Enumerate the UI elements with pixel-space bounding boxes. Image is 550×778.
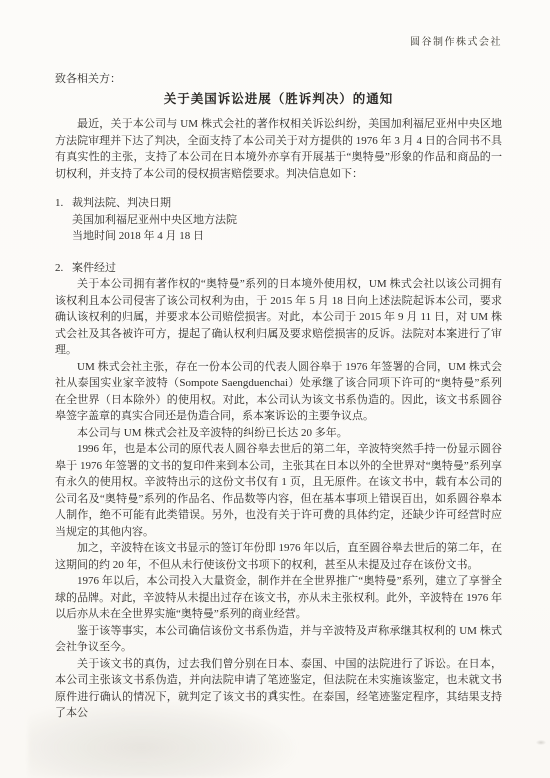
intro-paragraph: 最近，关于本公司与 UM 株式会社的著作权相关诉讼纠纷，美国加利福尼亚州中央区地… (55, 116, 502, 182)
company-name: 圆谷制作株式会社 (55, 0, 502, 49)
case-paragraph: 1976 年以后，本公司投入大量资金，制作并在全世界推广“奥特曼”系列，建立了享… (55, 573, 502, 623)
document-page: 圆谷制作株式会社 致各相关方： 关于美国诉讼进展（胜诉判决）的通知 最近，关于本… (0, 0, 550, 778)
case-paragraph: 关于本公司拥有著作权的“奥特曼”系列的日本境外使用权，UM 株式会社以该公司拥有… (55, 276, 502, 359)
case-paragraph: 1996 年，也是本公司的原代表人圆谷皋去世后的第二年，辛波特突然手持一份显示圆… (55, 441, 502, 540)
section-number: 2. (55, 260, 72, 277)
section-label: 裁判法院、判决日期 (72, 197, 171, 209)
section-court-and-date: 1.裁判法院、判决日期 美国加利福尼亚州中央区地方法院 当地时间 2018 年 … (55, 195, 502, 245)
section-case-history: 2.案件经过 关于本公司拥有著作权的“奥特曼”系列的日本境外使用权，UM 株式会… (55, 260, 502, 722)
salutation: 致各相关方： (55, 71, 502, 87)
case-paragraph: UM 株式会社主张，存在一份本公司的代表人圆谷皋于 1976 年签署的合同，UM… (55, 359, 502, 425)
section-label: 案件经过 (72, 262, 116, 274)
document-title: 关于美国诉讼进展（胜诉判决）的通知 (55, 91, 502, 108)
case-paragraph: 本公司与 UM 株式会社及辛波特的纠纷已长达 20 多年。 (55, 425, 502, 442)
page-number: 1 (0, 689, 550, 700)
scan-edge-mark (536, 740, 546, 745)
case-paragraph: 加之，辛波特在该文书显示的签订年份即 1976 年以后，直至圆谷皋去世后的第二年… (55, 540, 502, 573)
section-case-heading: 2.案件经过 (55, 260, 502, 277)
document-content: 圆谷制作株式会社 致各相关方： 关于美国诉讼进展（胜诉判决）的通知 最近，关于本… (55, 0, 502, 722)
section-number: 1. (55, 195, 72, 212)
court-name: 美国加利福尼亚州中央区地方法院 (55, 212, 502, 229)
judgment-date: 当地时间 2018 年 4 月 18 日 (55, 228, 502, 245)
case-paragraph: 鉴于该等事实，本公司确信该份文书系伪造，并与辛波特及声称承继其权利的 UM 株式… (55, 623, 502, 656)
section-court-heading: 1.裁判法院、判决日期 (55, 195, 502, 212)
